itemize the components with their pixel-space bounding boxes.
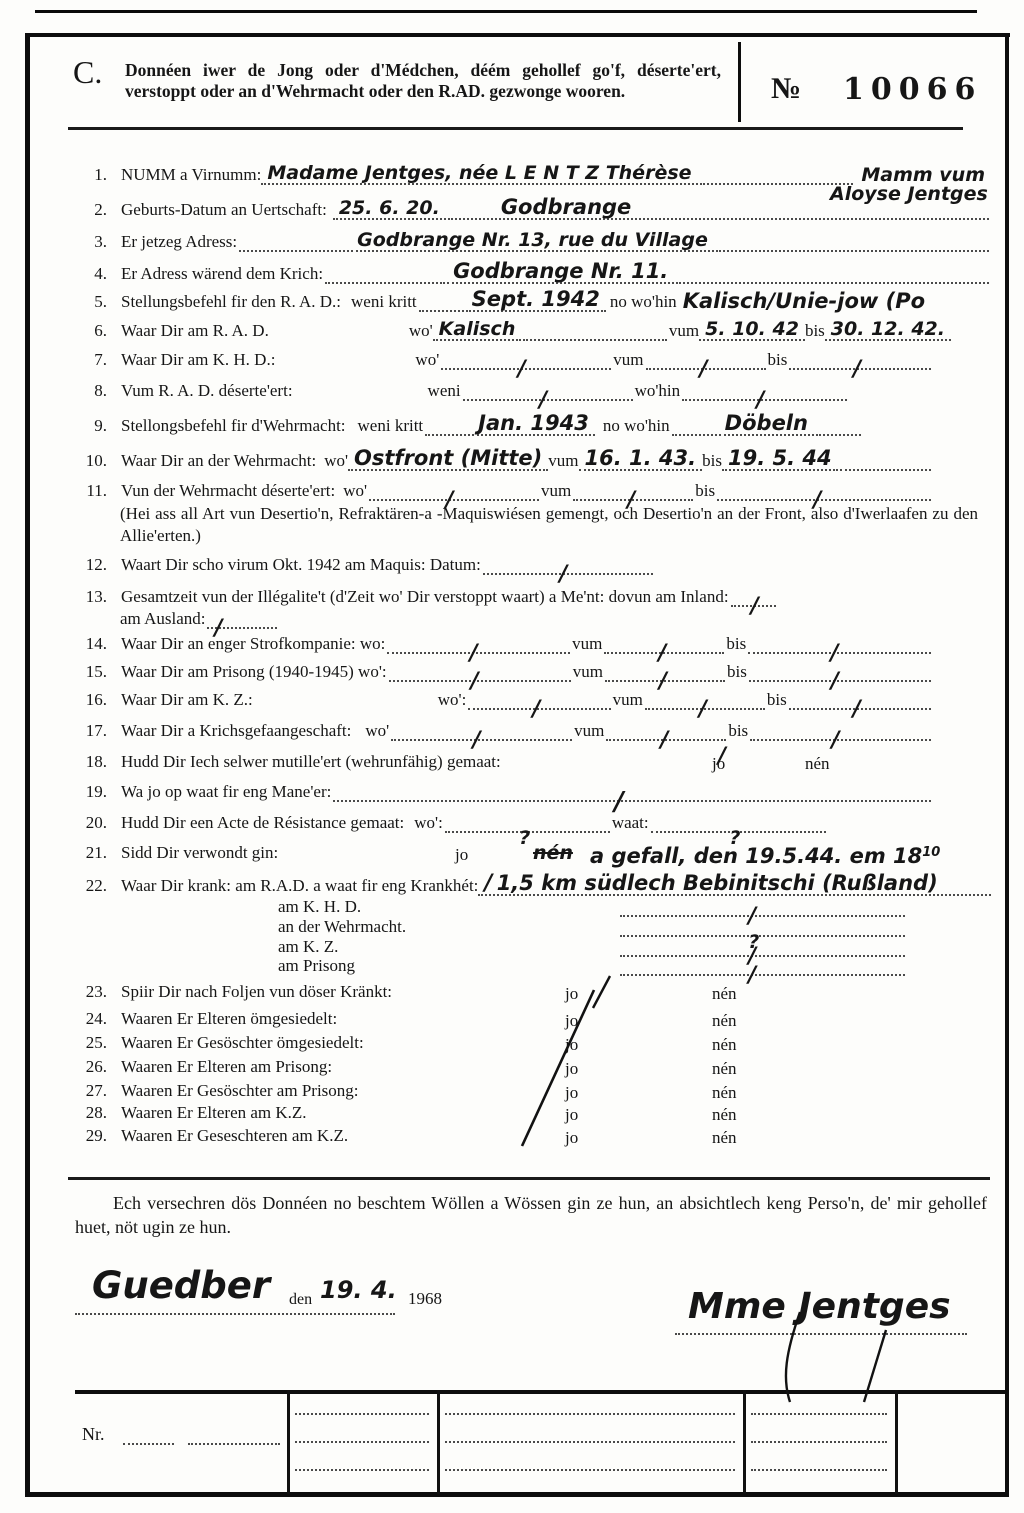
row-number: 10. (75, 450, 107, 471)
row-number: 3. (75, 231, 107, 252)
dotted-line (448, 214, 493, 220)
row-number: 13. (75, 586, 107, 607)
rad-from: 5. 10. 42 (705, 318, 799, 340)
dotted-line: / (441, 364, 611, 370)
slash-mark: / (559, 570, 567, 576)
bis-label: bis (767, 689, 787, 710)
form-row-28: 28. Waaren Er Elteren am K.Z. jo nén (75, 1102, 991, 1123)
rad-call-place: Kalisch/Unie-jow (Po (683, 289, 925, 313)
form-row-22: 22. Waar Dir krank: am R.A.D. a waat fir… (75, 872, 991, 896)
dotted-line: / (483, 569, 653, 575)
header-rule (68, 127, 963, 130)
slash-mark: / (853, 365, 861, 371)
row-number: 26. (75, 1056, 107, 1077)
dotted-line (295, 1410, 429, 1415)
sub-label: no wo'hin (603, 415, 670, 436)
bis-label: bis (728, 720, 748, 741)
nen-option: nén (712, 1034, 737, 1055)
row-number: 24. (75, 1008, 107, 1029)
header-divider (738, 42, 741, 122)
vum-label: vum (548, 450, 578, 471)
row-number: 1. (75, 164, 107, 185)
vum-label: vum (574, 720, 604, 741)
sub-label: am Prisong (278, 956, 355, 976)
row-label: Waar Dir krank: am R.A.D. a waat fir eng… (121, 875, 478, 896)
slash-mark: / (627, 496, 635, 502)
row-label: NUMM a Virnumm: (121, 164, 261, 185)
form-row-20: 20. Hudd Dir een Acte de Résistance gema… (75, 812, 991, 833)
dotted-line: / (389, 676, 571, 682)
sick-rad-value: 1,5 km südlech Bebinitschi (Rußland) (497, 871, 938, 895)
vum-label: vum (613, 689, 643, 710)
form-row-4: 4. Er Adress wärend dem Krich: Godbrange… (75, 260, 991, 284)
form-row-22-prisong: am Prisong / (278, 956, 918, 976)
row-label: Waar Dir an enger Strofkompanie: wo: (121, 633, 385, 654)
page-border-left (25, 33, 30, 1497)
form-row-7: 7. Waar Dir am K. H. D.: wo' / vum / bis… (75, 349, 991, 370)
dotted-line: / (606, 735, 726, 741)
sub-label: weni kritt (351, 291, 417, 312)
form-title: Donnéen iwer de Jong oder d'Médchen, déé… (125, 60, 721, 102)
row-label: Vun der Wehrmacht déserte'ert: (121, 480, 335, 501)
slash-mark: / (539, 396, 547, 402)
dotted-line: / (717, 495, 931, 501)
page-border-top (25, 33, 1010, 37)
row-number: 21. (75, 842, 107, 863)
table-divider (743, 1390, 746, 1494)
dotted-line (445, 1466, 735, 1471)
row-label: Er jetzeg Adress: (121, 231, 237, 252)
jo-strike-mark: / (718, 752, 726, 774)
form-row-24: 24. Waaren Er Elteren ömgesiedelt: jo né… (75, 1008, 991, 1029)
dotted-line: / (620, 970, 905, 976)
dotted-line (840, 465, 931, 471)
row-label: Waaren Er Gesöschter ömgesiedelt: (121, 1032, 364, 1053)
row-number: 12. (75, 554, 107, 575)
row-number: 2. (75, 199, 107, 220)
nen-option: nén (712, 1127, 737, 1148)
dotted-line: / (645, 704, 765, 710)
form-row-3: 3. Er jetzeg Adress: Godbrange Nr. 13, r… (75, 229, 991, 252)
row-number: 6. (75, 320, 107, 341)
nen-option: nén (805, 753, 830, 774)
nr-label: Nr. (82, 1424, 105, 1445)
slash-mark: / (473, 736, 481, 742)
row-label: Vum R. A. D. déserte'ert: (121, 380, 293, 401)
dotted-line: ? (651, 827, 826, 833)
address-now: Godbrange Nr. 13, rue du Village (357, 229, 708, 251)
form-row-18: 18. Hudd Dir Iech selwer mutille'ert (we… (75, 751, 991, 772)
dotted-line: / (748, 648, 931, 654)
nen-option: nén (712, 983, 737, 1004)
form-row-10: 10. Waar Dir an der Wehrmacht: wo' Ostfr… (75, 447, 991, 471)
row-label: Waaren Er Gesöschter am Prisong: (121, 1080, 359, 1101)
dotted-line: / (369, 495, 539, 501)
dotted-line (295, 1466, 429, 1471)
wehrmacht-call-place: Döbeln (725, 411, 808, 435)
row-number: 25. (75, 1032, 107, 1053)
dotted-line (188, 1439, 280, 1445)
dotted-line: / (789, 704, 931, 710)
slash-mark: / (832, 736, 840, 742)
dotted-line: / (463, 395, 633, 401)
sub-label: weni kritt (358, 415, 424, 436)
section-letter: C. (73, 54, 102, 91)
row-label: Hudd Dir een Acte de Résistance gemaat: (121, 812, 404, 833)
form-row-22-wehrmacht: an der Wehrmacht. ? (278, 917, 918, 937)
rad-until: 30. 12. 42. (831, 318, 945, 340)
form-row-15: 15. Waar Dir am Prisong (1940-1945) wo':… (75, 661, 991, 682)
nen-option-struck: nén (533, 843, 573, 865)
dotted-line: ? (445, 827, 610, 833)
row-label: Sidd Dir verwondt gin: (121, 842, 278, 863)
dotted-line (639, 214, 989, 220)
bis-label: bis (727, 661, 747, 682)
row-label: Waart Dir scho virum Okt. 1942 am Maquis… (121, 554, 481, 575)
slash-mark: / (756, 396, 764, 402)
den-label: den (289, 1291, 312, 1309)
form-row-2: 2. Geburts-Datum an Uertschaft: 25. 6. 2… (75, 196, 991, 220)
row-label: Waar Dir am K. H. D.: (121, 349, 275, 370)
wounded-note: a gefall, den 19.5.44. em 18 (590, 844, 922, 868)
form-row-21: 21. Sidd Dir verwondt gin: jo nén a gefa… (75, 842, 991, 863)
slash-mark: / (751, 602, 759, 608)
slash-mark: / (813, 496, 821, 502)
jo-option: jo (565, 1058, 578, 1079)
row-number: 16. (75, 689, 107, 710)
form-row-19: 19. Wa jo op waat fir eng Mane'er: / (75, 781, 991, 802)
bis-label: bis (695, 480, 715, 501)
row-label: Waaren Er Elteren am Prisong: (121, 1056, 332, 1077)
form-row-23: 23. Spiir Dir nach Foljen vun döser Krän… (75, 981, 991, 1002)
dotted-line (675, 1330, 967, 1335)
row-number: 7. (75, 349, 107, 370)
sub-label: am K. Z. (278, 937, 338, 957)
question-mark: ? (519, 828, 530, 834)
row-number: 4. (75, 263, 107, 284)
vum-label: vum (669, 320, 699, 341)
slash-mark: / (446, 496, 454, 502)
row-label: Stellongsbefehl fir d'Wehrmacht: (121, 415, 346, 436)
slash-mark: / (532, 705, 540, 711)
ausland-label: am Ausland: (120, 608, 205, 629)
row-number: 29. (75, 1125, 107, 1146)
wo-label: wo': (414, 812, 443, 833)
slash-mark: / (614, 797, 624, 803)
dotted-line (325, 278, 445, 284)
dotted-line (816, 430, 861, 436)
slash-mark: / (471, 677, 479, 683)
form-row-9: 9. Stellongsbefehl fir d'Wehrmacht: weni… (75, 412, 991, 436)
vum-label: vum (572, 633, 602, 654)
form-row-12: 12. Waart Dir scho virum Okt. 1942 am Ma… (75, 554, 991, 575)
row-number: 23. (75, 981, 107, 1002)
weni-label: weni (428, 380, 461, 401)
dotted-line (751, 1466, 887, 1471)
desertion-note: (Hei ass all Art vun Desertio'n, Refrakt… (120, 503, 978, 546)
form-row-13: 13. Gesamtzeit vun der Illégalite't (d'Z… (75, 586, 991, 607)
wo-label: wo' (365, 720, 389, 741)
row-label: Waar Dir a Krichsgefaangeschaft: (121, 720, 351, 741)
wohin-label: wo'hin (635, 380, 681, 401)
jo-option: jo (565, 1010, 578, 1031)
dotted-line (751, 1410, 887, 1415)
signature-date: 19. 4. (320, 1276, 397, 1304)
row-number: 27. (75, 1080, 107, 1101)
row-number: 17. (75, 720, 107, 741)
row-label: Wa jo op waat fir eng Mane'er: (121, 781, 331, 802)
dotted-line: / (682, 395, 847, 401)
page-border-bottom (25, 1492, 1009, 1497)
scan-artifact-line (35, 10, 977, 13)
wo-label: wo' (415, 349, 439, 370)
vum-label: vum (613, 349, 643, 370)
row-number: 19. (75, 781, 107, 802)
dotted-line: / (749, 676, 931, 682)
number-label: № (771, 72, 801, 106)
row-number: 8. (75, 380, 107, 401)
section-rule (68, 1177, 990, 1180)
form-row-17: 17. Waar Dir a Krichsgefaangeschaft: wo'… (75, 720, 991, 741)
form-row-13b: am Ausland: / (120, 608, 320, 629)
wo-label: wo' (324, 450, 348, 471)
declaration-text: Ech versechren dös Donnéen no beschtem W… (75, 1192, 987, 1239)
dotted-line: / (731, 601, 776, 607)
dotted-line: / (387, 648, 570, 654)
table-divider (437, 1390, 440, 1494)
row-number: 18. (75, 751, 107, 772)
row-label: Waaren Er Elteren ömgesiedelt: (121, 1008, 337, 1029)
dotted-line: / (646, 364, 766, 370)
row-label: Waaren Er Geseschteren am K.Z. (121, 1125, 348, 1146)
slash-mark: / (214, 624, 222, 630)
form-row-25: 25. Waaren Er Gesöschter ömgesiedelt: jo… (75, 1032, 991, 1053)
dotted-line: / (789, 364, 931, 370)
nen-option: nén (712, 1058, 737, 1079)
rad-call-date: Sept. 1942 (472, 287, 600, 311)
dotted-line: / (604, 648, 724, 654)
row-label: Waar Dir am Prisong (1940-1945) wo': (121, 661, 387, 682)
form-row-22-kz: am K. Z. / (278, 937, 918, 957)
bis-label: bis (805, 320, 825, 341)
slash-mark: / (853, 705, 861, 711)
sub-label: am K. H. D. (278, 897, 361, 917)
row-label: Er Adress wärend dem Krich: (121, 263, 323, 284)
jo-option: jo (565, 1082, 578, 1103)
dotted-line (123, 1439, 175, 1445)
row-label: Waar Dir am R. A. D. (121, 320, 269, 341)
table-border-top (75, 1390, 1009, 1394)
dotted-line: / (391, 735, 572, 741)
row-label: Geburts-Datum an Uertschaft: (121, 199, 327, 220)
jo-option: jo (565, 1104, 578, 1125)
dotted-line (425, 430, 470, 436)
dotted-line: / (573, 495, 693, 501)
scanned-form-page: C. Donnéen iwer de Jong oder d'Médchen, … (0, 0, 1024, 1513)
row-number: 11. (75, 480, 107, 501)
dotted-line (419, 306, 464, 312)
dotted-line: / (468, 704, 610, 710)
table-divider (287, 1390, 290, 1494)
row-number: 22. (75, 875, 107, 896)
birth-place: Godbrange (501, 195, 631, 219)
row-label: Waaren Er Elteren am K.Z. (121, 1102, 307, 1123)
form-row-29: 29. Waaren Er Geseschteren am K.Z. jo né… (75, 1125, 991, 1146)
nr-field: Nr. (82, 1424, 280, 1445)
row-number: 9. (75, 415, 107, 436)
row-number: 14. (75, 633, 107, 654)
signature-name: Mme Jentges (688, 1286, 951, 1327)
slash-mark: / (660, 736, 668, 742)
signature-place: Guedber (92, 1264, 270, 1307)
question-mark: ? (729, 828, 740, 834)
dotted-line (676, 278, 989, 284)
form-row-8: 8. Vum R. A. D. déserte'ert: weni / wo'h… (75, 380, 991, 401)
row-number: 5. (75, 291, 107, 312)
form-row-27: 27. Waaren Er Gesöschter am Prisong: jo … (75, 1080, 991, 1101)
vum-label: vum (573, 661, 603, 682)
address-war: Godbrange Nr. 11. (453, 259, 668, 283)
jo-option: jo (455, 844, 468, 865)
jo-option: jo (565, 983, 578, 1004)
slash-mark: / (470, 649, 478, 655)
row-label: Waar Dir am K. Z.: (121, 689, 253, 710)
form-row-16: 16. Waar Dir am K. Z.: wo': / vum / bis … (75, 689, 991, 710)
slash-mark: / (484, 871, 492, 896)
slash-mark: / (748, 971, 756, 977)
slash-mark: / (830, 649, 838, 655)
slash-mark: / (659, 677, 667, 683)
page-border-right (1005, 33, 1009, 1497)
dotted-line: / (333, 796, 931, 802)
dotted-line (523, 335, 667, 341)
row-number: 15. (75, 661, 107, 682)
slash-mark: / (518, 365, 526, 371)
dotted-line: / (605, 676, 725, 682)
wehrmacht-where: Ostfront (Mitte) (354, 446, 542, 470)
jo-option: jo (565, 1127, 578, 1148)
form-row-6: 6. Waar Dir am R. A. D. wo' Kalisch vum … (75, 318, 991, 341)
dotted-line (445, 1438, 735, 1443)
vum-label: vum (541, 480, 571, 501)
dotted-line (751, 1438, 887, 1443)
form-number: 10066 (843, 72, 982, 107)
form-row-5: 5. Stellungsbefehl fir den R. A. D.: wen… (75, 288, 991, 312)
form-row-14: 14. Waar Dir an enger Strofkompanie: wo:… (75, 633, 991, 654)
waat-label: waat: (612, 812, 649, 833)
dotted-line (445, 1410, 735, 1415)
row-label: Hudd Dir Iech selwer mutille'ert (wehrun… (121, 751, 501, 772)
wo-label: wo': (438, 689, 467, 710)
dotted-line (716, 246, 989, 252)
wounded-note-sup: 10 (922, 845, 940, 860)
form-row-26: 26. Waaren Er Elteren am Prisong: jo nén (75, 1056, 991, 1077)
row-label: Waar Dir an der Wehrmacht: (121, 450, 316, 471)
row-label: Gesamtzeit vun der Illégalite't (d'Zeit … (121, 586, 729, 607)
form-row-11: 11. Vun der Wehrmacht déserte'ert: wo' /… (75, 480, 991, 501)
signature-year: 1968 (408, 1289, 442, 1309)
jo-option: jo (565, 1034, 578, 1055)
form-row-22-khd: am K. H. D. / (278, 897, 918, 917)
bis-label: bis (768, 349, 788, 370)
bis-label: bis (726, 633, 746, 654)
field-value: Madame Jentges, née L E N T Z Thérèse (267, 162, 691, 184)
slash-mark: / (699, 705, 707, 711)
wehrmacht-until: 19. 5. 44 (728, 446, 832, 470)
row-label: Stellungsbefehl fir den R. A. D.: (121, 291, 341, 312)
birth-date: 25. 6. 20. (339, 197, 440, 219)
bis-label: bis (702, 450, 722, 471)
slash-mark: / (658, 649, 666, 655)
slash-mark: / (700, 365, 708, 371)
row-number: 28. (75, 1102, 107, 1123)
nen-option: nén (712, 1104, 737, 1125)
nen-option: nén (712, 1082, 737, 1103)
sub-label: an der Wehrmacht. (278, 917, 406, 937)
slash-mark: / (831, 677, 839, 683)
rad-where: Kalisch (439, 318, 516, 340)
wo-label: wo' (343, 480, 367, 501)
wehrmacht-from: 16. 1. 43. (585, 446, 697, 470)
row-label: Spiir Dir nach Foljen vun döser Kränkt: (121, 981, 392, 1002)
row-number: 20. (75, 812, 107, 833)
nen-option: nén (712, 1010, 737, 1031)
wehrmacht-call-date: Jan. 1943 (478, 411, 589, 435)
wo-label: wo' (409, 320, 433, 341)
dotted-line (75, 1310, 395, 1315)
dotted-line (295, 1438, 429, 1443)
dotted-line: / (207, 623, 277, 629)
dotted-line (239, 246, 349, 252)
dotted-line: / (750, 735, 931, 741)
dotted-line (672, 430, 717, 436)
sub-label: no wo'hin (610, 291, 677, 312)
table-divider (895, 1390, 898, 1494)
